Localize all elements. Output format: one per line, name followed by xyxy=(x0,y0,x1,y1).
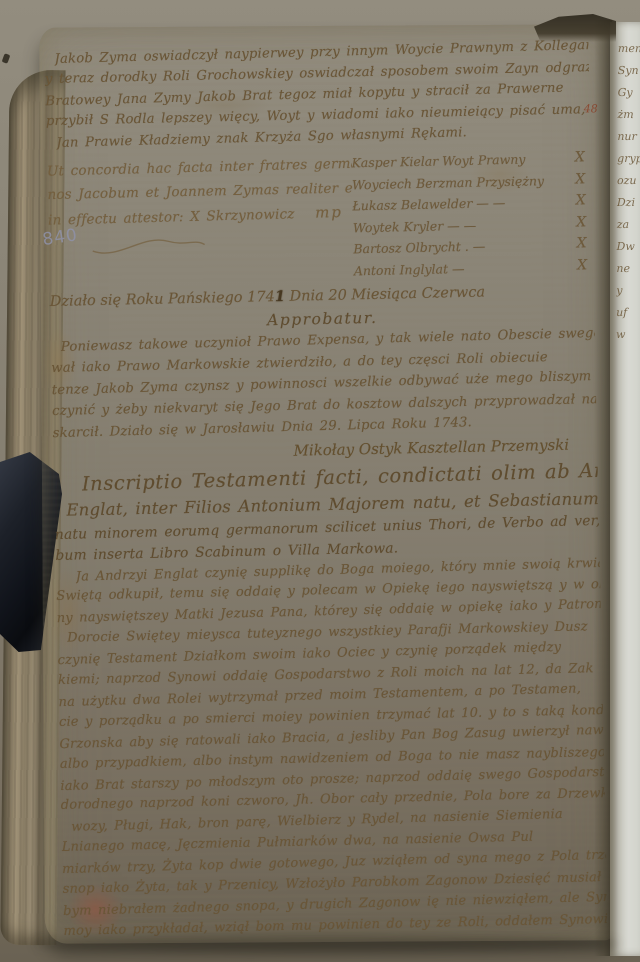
signature-flourish xyxy=(88,231,209,260)
witness-list: Kasper Kielar Woyt Prawny X Woyciech Ber… xyxy=(351,147,593,281)
page-drop-shadow xyxy=(34,936,619,952)
background-speck xyxy=(2,53,11,64)
witness-name: Woyciech Berzman Przysiężny xyxy=(352,170,544,196)
witness-cross-mark: X xyxy=(575,147,591,169)
witness-name: Antoni Inglylat — xyxy=(354,257,465,281)
witness-cross-mark: X xyxy=(575,169,591,191)
date-text: Działo się Roku Pańskiego 174 xyxy=(50,289,275,310)
text-fragment: uf xyxy=(616,306,639,328)
text-fragment: żm xyxy=(617,108,640,130)
manu-propria-flourish: mp xyxy=(315,203,343,222)
text-fragment: Dw xyxy=(616,240,639,262)
latin-attestation: Ut concordia hac facta inter fratres ger… xyxy=(47,152,354,288)
testament-body: Ja Andrzyi Englat czynię supplikę do Bog… xyxy=(56,555,608,943)
text-fragment: y xyxy=(616,284,639,306)
adjacent-page-text-fragments: men Syn Gy żm nur gryp ozu Dzi za Dw ne … xyxy=(609,22,640,350)
attestation-and-witnesses: Ut concordia hac facta inter fratres ger… xyxy=(47,147,594,288)
adjacent-page-edge: men Syn Gy żm nur gryp ozu Dzi za Dw ne … xyxy=(610,22,640,956)
text-fragment: ozu xyxy=(617,174,640,196)
witness-cross-mark: X xyxy=(577,255,593,277)
text-fragment: Dzi xyxy=(617,196,640,218)
text-fragment: nur xyxy=(617,130,640,152)
witness-name: Woytek Kryler — — xyxy=(353,214,477,238)
witness-cross-mark: X xyxy=(577,233,593,255)
text-fragment: za xyxy=(617,218,640,240)
approbation-block: Działo się Roku Pańskiego 1741 Dnia 20 M… xyxy=(50,278,598,467)
text-fragment: men xyxy=(618,42,640,64)
text-fragment: Syn xyxy=(618,64,640,86)
text-fragment: gryp xyxy=(617,152,640,174)
witness-cross-mark: X xyxy=(576,190,592,212)
text-fragment: w xyxy=(616,328,639,350)
manuscript-page: 840 48 Jakob Zyma oswiadczył naypierwey … xyxy=(39,24,615,943)
attestor-signature: in effectu attestor: X Skrzynowicz xyxy=(48,206,295,228)
witness-cross-mark: X xyxy=(576,212,592,234)
witness-row: Antoni Inglylat — X xyxy=(354,255,594,282)
witness-name: Bartosz Olbrycht . — xyxy=(353,235,485,259)
declaration-block: Jakob Zyma oswiadczył naypierwey przy in… xyxy=(44,36,590,153)
date-text: Dnia 20 Miesiąca Czerwca xyxy=(285,284,485,304)
witness-name: Łukasz Belawelder — — xyxy=(352,192,505,217)
binding-crevice xyxy=(534,14,616,42)
text-fragment: Gy xyxy=(618,86,640,108)
manuscript-photo: 840 48 Jakob Zyma oswiadczył naypierwey … xyxy=(0,0,640,962)
handwriting-layer: Jakob Zyma oswiadczył naypierwey przy in… xyxy=(44,36,608,948)
inscriptio-heading-block: Inscriptio Testamenti facti, condictati … xyxy=(53,458,599,567)
overwritten-year-digit: 1 xyxy=(275,288,285,305)
text-fragment: ne xyxy=(616,262,639,284)
